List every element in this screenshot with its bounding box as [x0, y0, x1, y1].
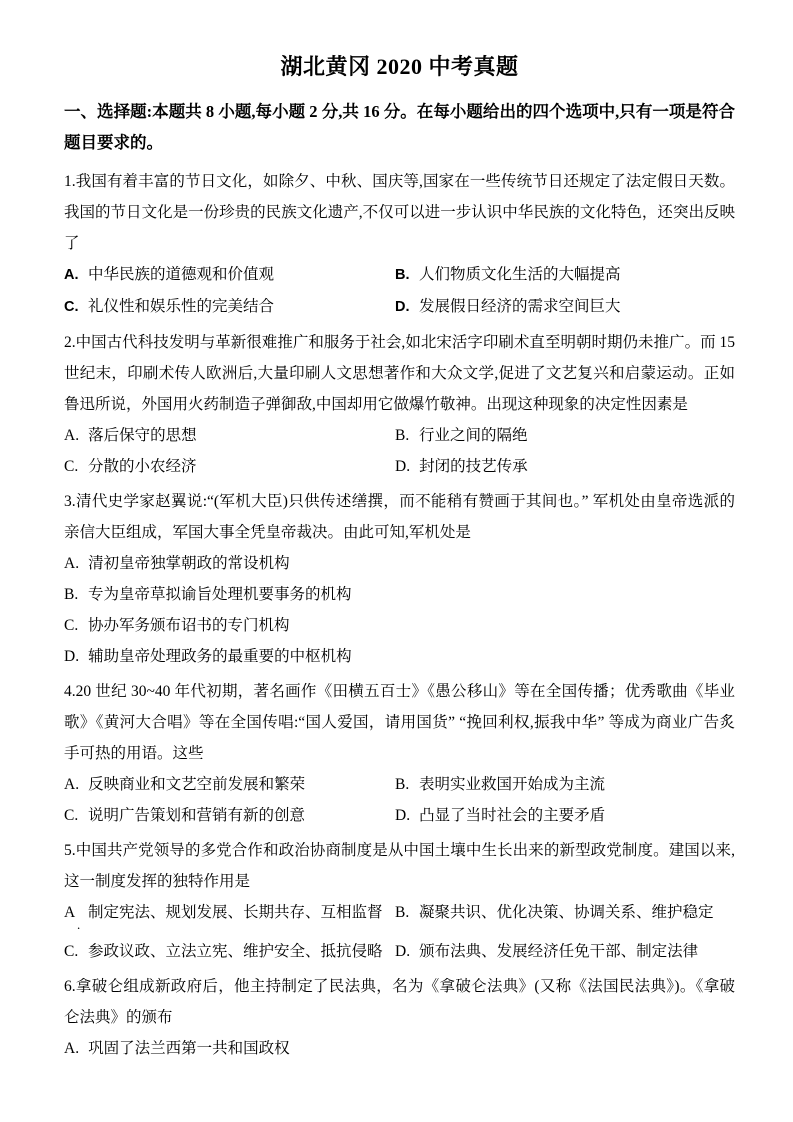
question-2-stem: 2.中国古代科技发明与革新很难推广和服务于社会,如北宋活字印刷术直至明朝时期仍未… [64, 327, 735, 420]
question-1-stem: 1.我国有着丰富的节日文化，如除夕、中秋、国庆等,国家在一些传统节日还规定了法定… [64, 166, 735, 259]
option-text: 发展假日经济的需求空间巨大 [419, 298, 621, 315]
option-d: D.辅助皇帝处理政务的最重要的中枢机构 [64, 641, 735, 672]
option-b: B.专为皇帝草拟谕旨处理机要事务的机构 [64, 579, 735, 610]
option-label: D. [395, 800, 410, 831]
option-a: A.巩固了法兰西第一共和国政权 [64, 1033, 735, 1064]
option-text: 说明广告策划和营销有新的创意 [88, 807, 305, 824]
option-c: C.礼仪性和娱乐性的完美结合 [64, 291, 395, 323]
option-text: 人们物质文化生活的大幅提高 [419, 266, 621, 283]
option-label: C. [64, 610, 79, 641]
option-label: A. [64, 548, 79, 579]
option-label: D. [395, 292, 410, 323]
option-label: A. [64, 420, 79, 451]
option-text: 协办军务颁布诏书的专门机构 [88, 617, 290, 634]
option-text: 礼仪性和娱乐性的完美结合 [88, 298, 274, 315]
question-6: 6.拿破仑组成新政府后，他主持制定了民法典，名为《拿破仑法典》(又称《法国民法典… [64, 971, 735, 1064]
question-3: 3.清代史学家赵翼说:“(军机大臣)只供传述缮撰，而不能稍有赞画于其间也。” 军… [64, 486, 735, 672]
question-1-options: A.中华民族的道德观和价值观 B.人们物质文化生活的大幅提高 C.礼仪性和娱乐性… [64, 259, 735, 323]
option-text: 中华民族的道德观和价值观 [88, 266, 274, 283]
option-b: B.表明实业救国开始成为主流 [395, 769, 735, 800]
option-label: C. [64, 800, 79, 831]
exam-page: 湖北黄冈 2020 中考真题 一、选择题:本题共 8 小题,每小题 2 分,共 … [0, 0, 793, 1122]
option-a: A.清初皇帝独掌朝政的常设机构 [64, 548, 735, 579]
option-text: 分散的小农经济 [88, 458, 197, 475]
option-c: C.分散的小农经济 [64, 451, 395, 482]
question-4-options: A.反映商业和文艺空前发展和繁荣 B.表明实业救国开始成为主流 C.说明广告策划… [64, 769, 735, 831]
option-b: B.凝聚共识、优化决策、协调关系、维护稳定 [395, 897, 735, 928]
option-text: 落后保守的思想 [88, 427, 197, 444]
option-label: B. [395, 897, 410, 928]
question-4-stem: 4.20 世纪 30~40 年代初期，著名画作《田横五百士》《愚公移山》等在全国… [64, 676, 735, 769]
option-text: 参政议政、立法立宪、维护安全、抵抗侵略 [88, 943, 383, 960]
option-label: D. [395, 936, 410, 967]
option-label: B. [395, 420, 410, 451]
option-c: C.说明广告策划和营销有新的创意 [64, 800, 395, 831]
question-5: 5.中国共产党领导的多党合作和政治协商制度是从中国土壤中生长出来的新型政党制度。… [64, 835, 735, 967]
option-label: C. [64, 451, 79, 482]
question-5-stem: 5.中国共产党领导的多党合作和政治协商制度是从中国土壤中生长出来的新型政党制度。… [64, 835, 735, 897]
page-title: 湖北黄冈 2020 中考真题 [64, 50, 735, 84]
question-3-options: A.清初皇帝独掌朝政的常设机构 B.专为皇帝草拟谕旨处理机要事务的机构 C.协办… [64, 548, 735, 672]
question-3-stem: 3.清代史学家赵翼说:“(军机大臣)只供传述缮撰，而不能稍有赞画于其间也。” 军… [64, 486, 735, 548]
option-text: 反映商业和文艺空前发展和繁荣 [88, 776, 305, 793]
option-text: 颁布法典、发展经济任免干部、制定法律 [419, 943, 698, 960]
option-text: 表明实业救国开始成为主流 [419, 776, 605, 793]
option-text: 封闭的技艺传承 [419, 458, 528, 475]
question-6-stem: 6.拿破仑组成新政府后，他主持制定了民法典，名为《拿破仑法典》(又称《法国民法典… [64, 971, 735, 1033]
option-a: A.反映商业和文艺空前发展和繁荣 [64, 769, 395, 800]
option-text: 行业之间的隔绝 [419, 427, 528, 444]
option-label: B. [64, 579, 79, 610]
section-header: 一、选择题:本题共 8 小题,每小题 2 分,共 16 分。在每小题给出的四个选… [64, 96, 735, 158]
option-label: D. [64, 641, 79, 672]
option-a: A.落后保守的思想 [64, 420, 395, 451]
option-a: A.中华民族的道德观和价值观 [64, 259, 395, 291]
option-d: D.颁布法典、发展经济任免干部、制定法律 [395, 936, 735, 967]
option-d: D.发展假日经济的需求空间巨大 [395, 291, 735, 323]
question-1: 1.我国有着丰富的节日文化，如除夕、中秋、国庆等,国家在一些传统节日还规定了法定… [64, 166, 735, 323]
option-text: 凸显了当时社会的主要矛盾 [419, 807, 605, 824]
option-label: C. [64, 936, 79, 967]
question-4: 4.20 世纪 30~40 年代初期，著名画作《田横五百士》《愚公移山》等在全国… [64, 676, 735, 831]
option-c: C.参政议政、立法立宪、维护安全、抵抗侵略 [64, 936, 395, 967]
option-label: C. [64, 292, 79, 323]
option-text: 制定宪法、规划发展、长期共存、互相监督 [88, 904, 383, 921]
option-text: 清初皇帝独掌朝政的常设机构 [88, 555, 290, 572]
option-text: 辅助皇帝处理政务的最重要的中枢机构 [88, 648, 352, 665]
option-label: A. [64, 260, 79, 291]
question-2-options: A.落后保守的思想 B.行业之间的隔绝 C.分散的小农经济 D.封闭的技艺传承 [64, 420, 735, 482]
question-5-options: A制定宪法、规划发展、长期共存、互相监督. B.凝聚共识、优化决策、协调关系、维… [64, 897, 735, 967]
option-c: C.协办军务颁布诏书的专门机构 [64, 610, 735, 641]
option-d: D.凸显了当时社会的主要矛盾 [395, 800, 735, 831]
question-6-options: A.巩固了法兰西第一共和国政权 [64, 1033, 735, 1064]
option-label: A. [64, 769, 79, 800]
option-a: A制定宪法、规划发展、长期共存、互相监督. [64, 897, 395, 928]
option-label: D. [395, 451, 410, 482]
option-text: 专为皇帝草拟谕旨处理机要事务的机构 [88, 586, 352, 603]
option-label: B. [395, 260, 410, 291]
stray-mark: . [77, 918, 80, 931]
option-text: 巩固了法兰西第一共和国政权 [88, 1040, 290, 1057]
option-b: B.行业之间的隔绝 [395, 420, 735, 451]
option-d: D.封闭的技艺传承 [395, 451, 735, 482]
option-text: 凝聚共识、优化决策、协调关系、维护稳定 [419, 904, 714, 921]
option-label: A. [64, 1033, 79, 1064]
option-label: B. [395, 769, 410, 800]
question-2: 2.中国古代科技发明与革新很难推广和服务于社会,如北宋活字印刷术直至明朝时期仍未… [64, 327, 735, 482]
option-b: B.人们物质文化生活的大幅提高 [395, 259, 735, 291]
